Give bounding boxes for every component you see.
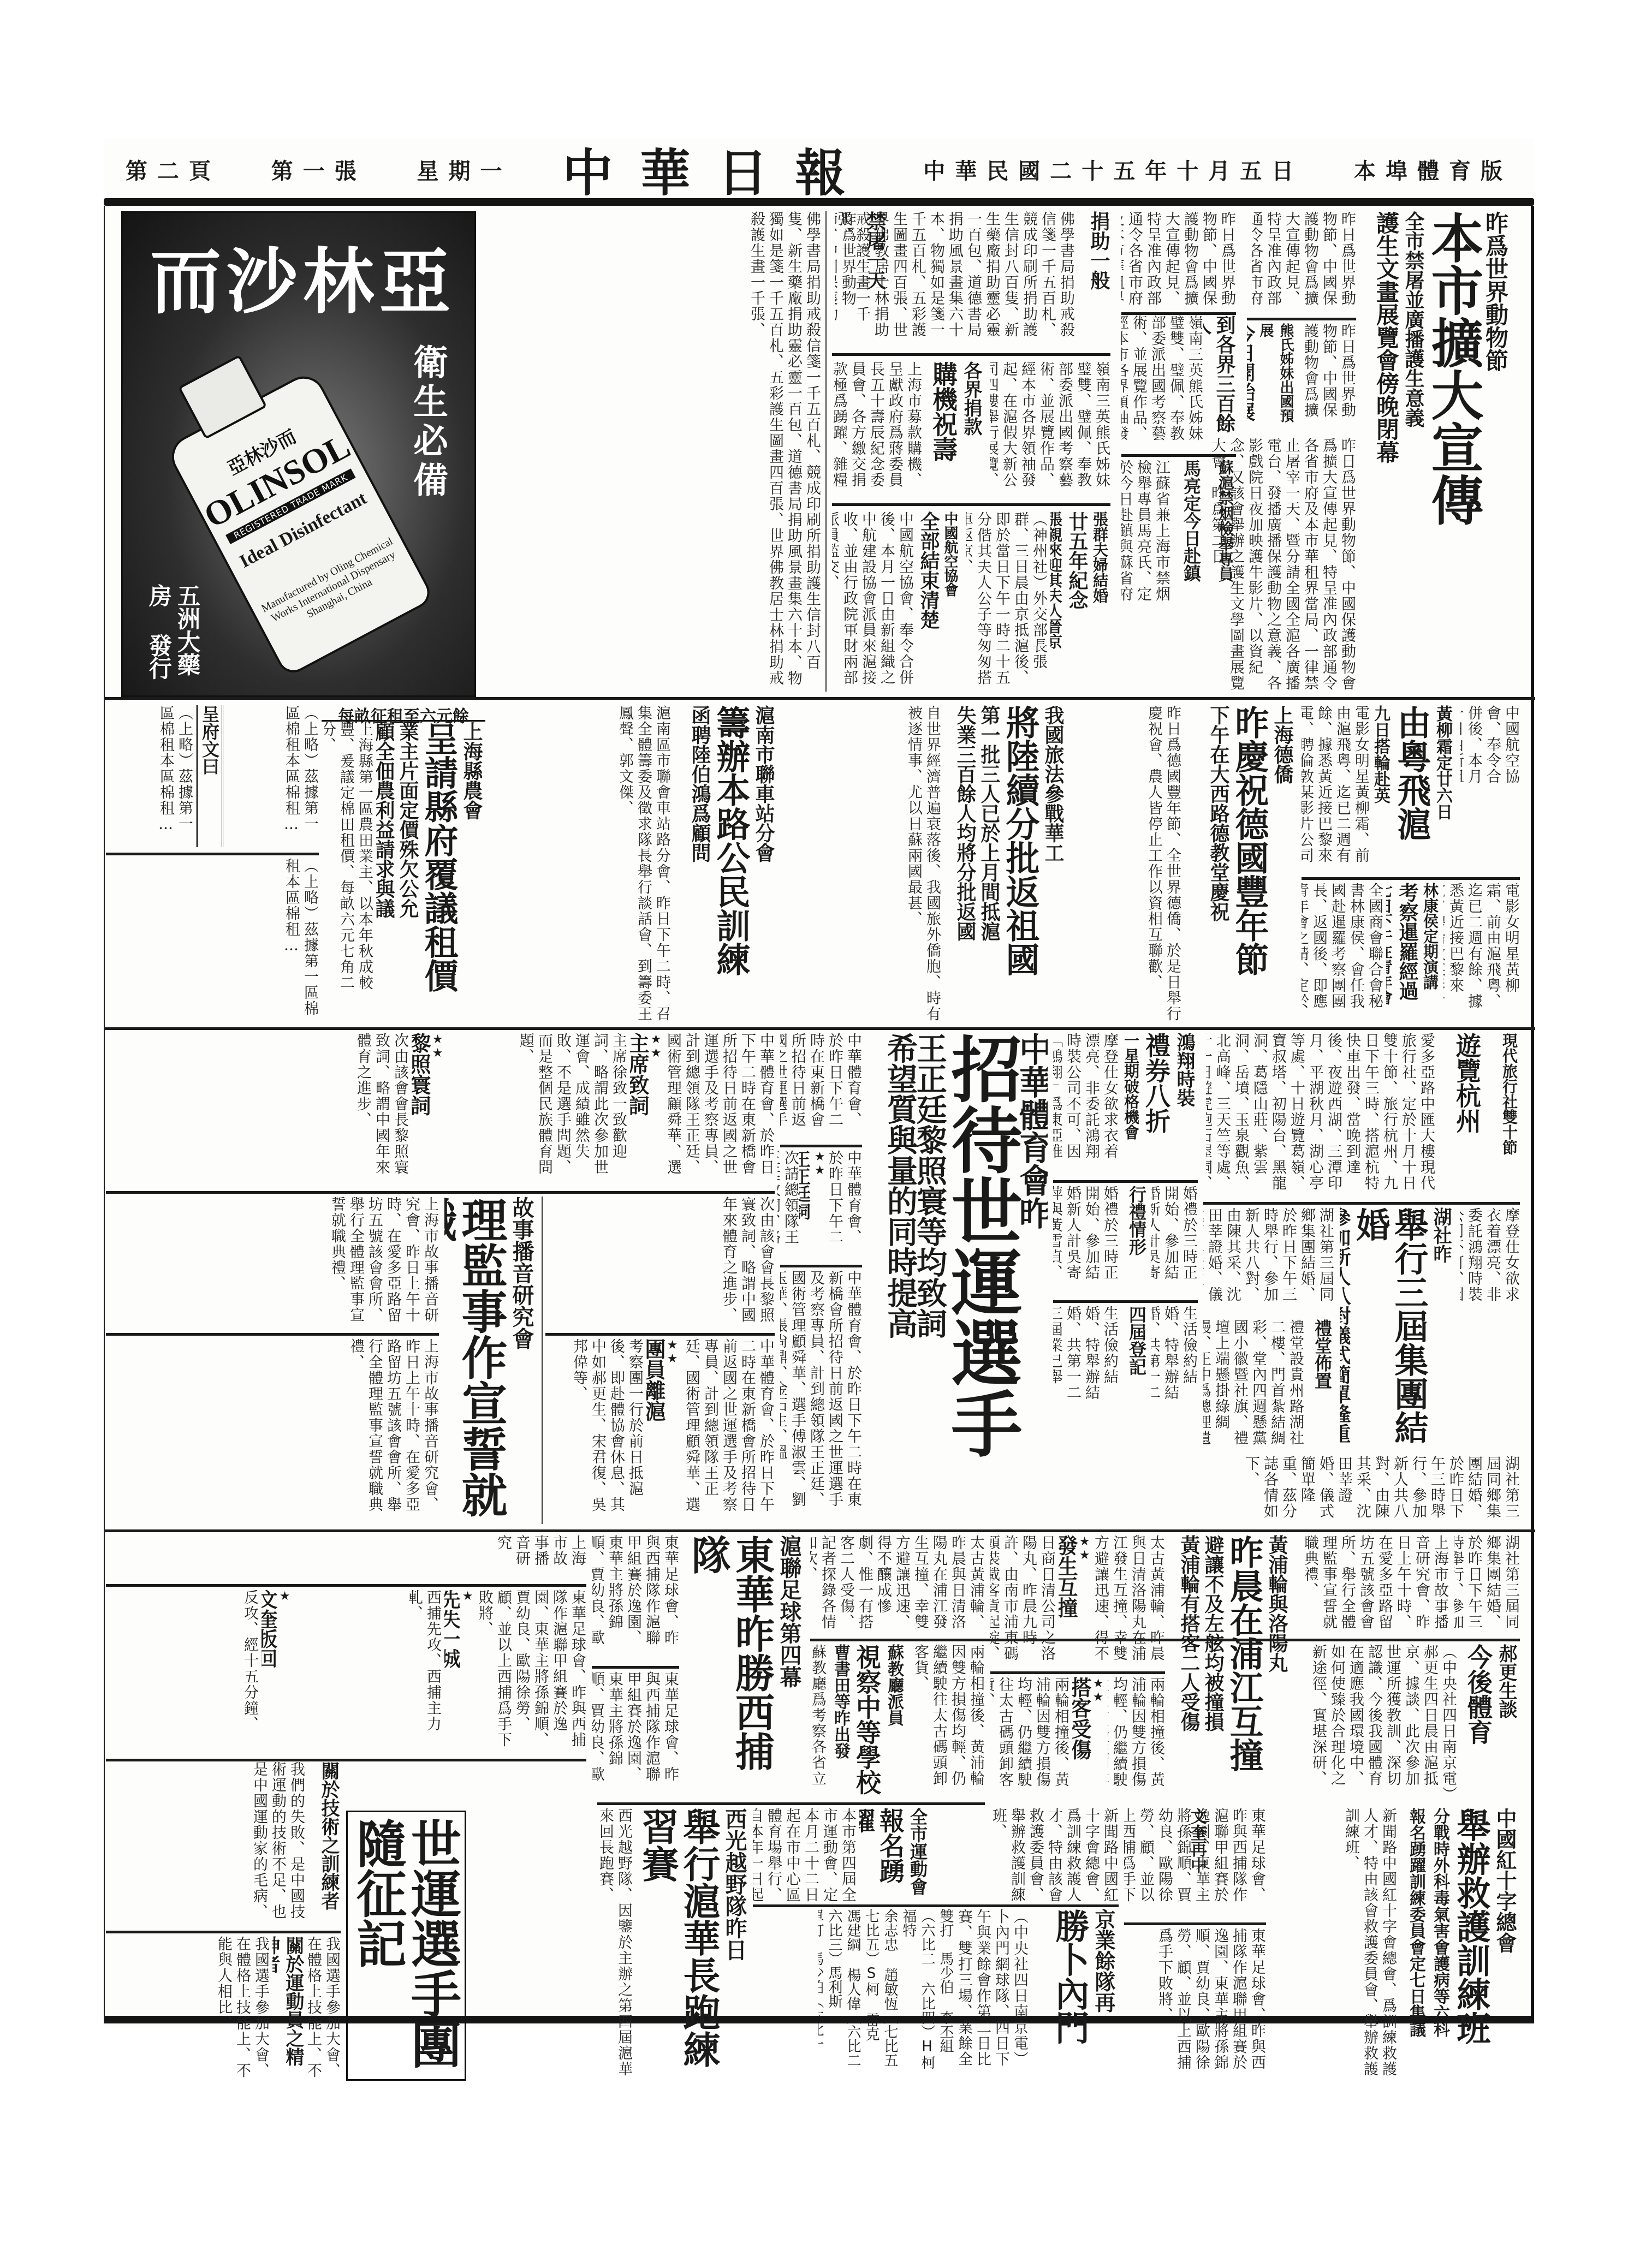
box-title: 呈府文曰 xyxy=(198,705,222,847)
collision-body: 太古黃浦輪、昨晨與日清洛陽丸在浦江發生互撞、幸雙方避讓迅速、得不釀成慘劇、惟一有… xyxy=(1094,1535,1165,1666)
farmers-petition-body-2: （上略）茲據第一區棉租本區棉租… xyxy=(106,705,193,847)
divider xyxy=(1121,454,1236,457)
weekday: 星期一 xyxy=(417,154,512,185)
headline: 籌辦本路公民訓練 xyxy=(711,705,750,1022)
reception-attendees-body: 中華體育會、於昨日下午二時在東新橋會所招待日前返國之世運選手及考察專員、計到總領… xyxy=(665,1033,775,1186)
divider xyxy=(106,1333,439,1336)
divider xyxy=(1203,1202,1520,1205)
collision-section-title: ★★ 發生互撞 xyxy=(1059,1535,1091,1666)
kicker: 中國紅十字總會 xyxy=(1490,1808,1520,2081)
city-games-headline: 全市運動會 報名踴躍 xyxy=(859,1808,930,1903)
wedding-rite-body-a: 婚禮於三時正開始、參加結婚新人計吳寄萍與黃雪貞、于克岐與徐勝璋、 xyxy=(1151,1186,1198,1295)
subheadline: 張親來迎其夫人晉京 xyxy=(1050,511,1065,692)
divider xyxy=(1053,1180,1198,1183)
football-body: 東華足球會、昨與西捕隊作滬聯甲組賽於逸園、東華主將孫錦順、賈幼良、歐陽徐勞、顧、… xyxy=(592,1535,679,1660)
kicker: 滬聯足球第四幕 xyxy=(774,1535,805,1797)
headline: 舉行三屆集團結婚 xyxy=(1351,1207,1428,1453)
xiguang-run-body: 西光越野隊、因鑒於主辦之第四屆滬華來回長跑賽、 xyxy=(469,1808,633,2081)
kicker: 郝更生談 xyxy=(1493,1644,1520,1797)
group-wedding-body: 湖社第三屆同鄉集團結婚、於昨日下午三時舉行、參加新人共八對、由陳其采、沈田莘證婚… xyxy=(1203,1207,1334,1317)
reception-speech-body: 中華體育會、於昨日下午二時在東新橋會所招待日前返國之世運選手及考察專員、計到總領… xyxy=(780,1270,862,1521)
tennis-body: （中央社四日南京電）卜內門網球隊、四日下午與業餘會作第二日比賽、雙打三場、業餘全… xyxy=(958,1909,1029,2081)
section-title: 四屆登記 xyxy=(1125,1306,1149,1415)
spirit-section-title: 關於運動員之精神者 xyxy=(272,1936,305,2081)
kicker: 各界捐款 xyxy=(958,361,985,498)
donations-headline: 捐助一般 xyxy=(1078,211,1110,348)
red-cross-course-body: 新聞路中國紅十字會總會、爲訓練救護人才、特由該會救護委員會、舉辦救護訓練班、 xyxy=(933,1808,1119,1903)
birthday-planes-headline: 各界捐款 購機祝壽 xyxy=(925,361,985,498)
hao-gengsheng-body: （中央社四日南京電）郝更生四日晨由滬抵京、據談、此次參加世運所獲教訓、深切認識、… xyxy=(1296,1644,1457,1797)
hongxiang-body: 摩登仕女欲求衣着漂亮、非委託鴻翔時裝公司不可、因「鴻翔」爲東亞唯一時裝專家、有美… xyxy=(1053,1033,1119,1175)
citizen-training-headline: 滬南市聯車站分會 籌辦本路公民訓練 函聘陸伯鴻爲顧問 xyxy=(674,705,777,1022)
headline: 舉辦救護訓練班 xyxy=(1452,1808,1490,2081)
petition-box-title: 呈府文曰 xyxy=(196,705,223,847)
section-title: 關於技術之訓練者 xyxy=(317,1761,341,1925)
kicker: 黃柳霜定廿六日 xyxy=(1430,705,1454,874)
animal-day-body: 昨日爲世界動物節、中國保護動物會爲擴大宣傳起見、特呈准內政部通令各省市府及本市華… xyxy=(1252,211,1356,315)
hongxiang-cont-body: 摩登仕女欲求衣着漂亮、非委託鴻翔時裝公司不可、因「鴻翔」爲東亞唯一時裝專家、有美… xyxy=(1460,1207,1520,1317)
folk-music-committee-body: 上海市故事播音研究會、昨日上午十時、在愛多亞路留坊五號該會會所、舉行全體理監事宣… xyxy=(1296,1535,1449,1633)
collision-detail-body: 太古黃浦輪、昨晨與日清洛陽丸在浦江發生互撞、幸雙方避讓迅速、得不釀成慘劇、惟一有… xyxy=(810,1535,985,1633)
section-title: 團員離滬 xyxy=(646,1338,665,1524)
red-cross-headline: 中國紅十字總會 舉辦救護訓練班 分戰時外科毒氣害㑹護病等六科 報名踴躍訓練委員會… xyxy=(1400,1808,1520,2081)
wedding-rite-title: 行禮情形 xyxy=(1121,1186,1149,1295)
red-cross-body: 新聞路中國紅十字會總會、爲訓練救護人才、特由該會救護委員會、舉辦救護訓練班、 xyxy=(1271,1808,1397,2081)
world-games-reception-body: 中華體育會、於昨日下午二時在東新橋會所招待日前返國之世運選手及考察專員、計到總領… xyxy=(780,1033,862,1142)
headline: 全部結束清楚 xyxy=(917,511,940,692)
divider xyxy=(753,1904,1119,1907)
divider xyxy=(106,853,319,855)
german-harvest-body: 昨日爲德國豐年節、全世界德僑、於是日舉行慶祝會、農人皆停止工作以資相互聯歡、 xyxy=(1072,705,1181,1022)
subheadline: 一星期破格機會 xyxy=(1121,1033,1142,1175)
kicker: 滬南市聯車站分會 xyxy=(750,705,777,1022)
aviation-assoc-headline: 中國航空協會 全部結束清楚 xyxy=(917,511,960,692)
french-workers-body: 自世界經濟普遍衰落後、我國旅外僑胞、時有被逐情事、尤以日蘇兩國最甚、 xyxy=(783,705,941,1022)
injury-section-title: ★★ 搭客受傷 xyxy=(1072,1677,1105,1797)
wedding-register-body-a: 生活儉約結婚、特舉辦結婚、共第一二三屆業已舉行、第四屆仍繼續舉行、日期擇定本月廿… xyxy=(1151,1306,1198,1415)
subheadline: 分戰時外科毒氣害㑹護病等六科 xyxy=(1428,1808,1452,2081)
subheadline: 下午在大西路德教堂慶祝 xyxy=(1206,705,1230,1022)
tennis-headline: 京業餘隊再 勝卜內門 xyxy=(1031,1909,1119,2081)
kicker: 西光越野隊昨日 xyxy=(719,1808,750,2081)
kicker: 現代旅行社雙十節 xyxy=(1498,1033,1520,1196)
wedding-section-body: 禮堂設貴州路湖社二樓、門首紮結綢彩、堂內四週懸黨國小徽暨社旗、禮壇上端懸掛綠綢幔… xyxy=(1203,1319,1304,1450)
huang-liushuang-headline: 黃柳霜定廿六日 由粵飛滬 九日搭輪赴英 將由美往倫敦 xyxy=(1372,705,1454,874)
bottle-cap-icon xyxy=(178,355,268,439)
ad-brand-name: 亞林沙而 xyxy=(150,235,456,317)
kicker: 我國旅法參戰華工 xyxy=(1039,705,1067,1022)
birthday-planes-body: 上海市募款購機、呈獻政府爲蔣委員長五十壽辰紀念委員會、各方繳交捐款極爲踴躍、雜糧… xyxy=(832,361,922,498)
section-title: 文奎扳回 xyxy=(262,1590,278,1753)
kicker: 中國航空協會 xyxy=(940,511,960,692)
divider xyxy=(106,1191,775,1194)
aviation-closing-body: 中國航空協會、奉令合併後、本月一日由新組織之中航建設協會派員來滬接收、並由行政院… xyxy=(1460,705,1520,793)
subheadline: 函聘陸伯鴻爲顧問 xyxy=(687,705,711,1022)
kicker: 張群夫婦結婚 xyxy=(1089,511,1110,692)
newspaper-title: 中華日報 xyxy=(562,133,872,205)
kicker: 中華體育會昨 xyxy=(1018,1033,1048,1524)
subheadline: 九日搭輪赴英 xyxy=(1372,705,1392,874)
column-rule xyxy=(542,1196,543,1524)
football-tail-body: 東華足球會、昨與西捕隊作滬聯甲組賽於逸園、東華主將孫錦順、賈幼良、歐陽徐勞、顧、… xyxy=(1124,1928,1266,2081)
wedding-rite-body-b: 婚禮於三時正開始、參加結婚新人計吳寄萍與黃雪貞、于克岐與徐勝璋、 xyxy=(1053,1186,1119,1295)
headline: 報名踴躍 xyxy=(859,1808,905,1903)
kicker: 蘇滬禁烟檢舉專員 xyxy=(1214,460,1236,612)
headline: 理監事作宣誓就職 xyxy=(444,1196,506,1524)
kicker: 林康侯定期演講 xyxy=(1419,883,1441,1019)
third-goal-title: 文奎再中 xyxy=(1181,1808,1209,1917)
li-zhaohuan-speech-body: 次由該會會長黎照寰致詞、略謂中國年來體育之進步、 xyxy=(106,1033,409,1186)
divider xyxy=(1302,877,1520,880)
folk-music-oath-body: 上海市故事播音研究會、昨日上午十時、在愛多亞路留坊五號該會會所、舉行全體理監事宣… xyxy=(106,1338,439,1524)
divider xyxy=(545,1333,775,1336)
group-wedding-headline: 湖社昨 舉行三屆集團結婚 參加新人八對儀式簡單隆重 四屆開始登記定期廿七舉行 xyxy=(1340,1207,1454,1453)
headline: 廿五年紀念 xyxy=(1065,511,1089,692)
subheadline: 失業三百餘人均將分批返國 xyxy=(953,705,977,1022)
citizen-training-body: 滬南區市聯會車站路分會、昨日下午二時、召集全體籌委及徵求隊長舉行談話會、到籌委王… xyxy=(491,705,671,1022)
tennis-result-row: 單打 馬少伯（六比一 六比一）福特 xyxy=(818,1909,825,2081)
divider xyxy=(990,1671,1165,1674)
slaughter-ban-body: 昨爲世界動物節、中國保護動物會爲各種動物、 xyxy=(835,211,857,337)
farmers-petition-body-3: （上略）茲據第一區棉租本區棉租… xyxy=(106,858,319,1022)
opium-body: 江蘇省兼上海市禁烟檢舉專員馬亮氏、定於今日赴鎮與蘇省府主席陳果夫氏、商酌會報事宜… xyxy=(1121,460,1170,612)
headline: 馬亮定今日赴鎮 xyxy=(1179,460,1203,612)
folk-closing-body: 上海市故事播音研究會、昨日上午十時、在愛多亞路留坊五號該會會所、舉行全體理監事宣… xyxy=(494,1535,586,1579)
hangzhou-tour-title: 遊覽杭州 xyxy=(1438,1033,1482,1196)
headline: 由粵飛滬 xyxy=(1392,705,1430,874)
donations-detail-body: 佛學書局捐助戒殺信箋一千五百札、競成印刷所捐助護生信封八百隻、新生藥廠捐助靈必靈… xyxy=(483,211,821,692)
kicker: 熊氏姊妹出國預展 xyxy=(1256,323,1296,432)
headline: 遊覽杭州 xyxy=(1452,1033,1482,1196)
collision-passenger-body: 兩輪相撞後、黃浦輪因雙方損傷均輕、仍繼續駛往太古碼頭卸客貨、 xyxy=(908,1644,985,1797)
world-games-reception-headline: 中華體育會昨 招待世運選手 王正廷黎照寰等均致詞 希望質與量的同時提高 xyxy=(867,1033,1048,1524)
divider xyxy=(1247,318,1356,320)
lin-kanghou-headline: 林康侯定期演講 考察暹羅經過 七日下午在青年會 xyxy=(1386,883,1441,1019)
games-correspondence-headline-box: 世運選手團隨征記 中央社特派員馮有眞 （第十四信） （十） xyxy=(346,1811,466,2081)
collision-section-body: 日商日清公司之洛陽丸、昨晨九時許、由南市浦東碼頭裝載客貨起椗、 xyxy=(990,1535,1056,1666)
page-number: 第二頁 xyxy=(126,154,221,185)
divider xyxy=(106,1931,341,1933)
section-title: 黎照寰詞 xyxy=(412,1033,431,1186)
football-first-half-body: 東華足球會、昨與西捕隊作滬聯甲組賽於逸園、東華主將孫錦順、賈幼良、歐陽徐勞、顧、… xyxy=(477,1590,586,1753)
members-leave-body: 考察團一行於前日抵滬後、即赴體協會休息、其中如郝更生、宋君復、吳邦偉等、 xyxy=(545,1338,644,1524)
hangzhou-tour-headline: 現代旅行社雙十節 xyxy=(1482,1033,1520,1196)
equaliser-body: 反攻、經十五分鐘、 xyxy=(106,1590,259,1753)
kicker: 蘇教廳派員 xyxy=(882,1644,906,1797)
wedding-register-body-b: 生活儉約結婚、特舉辦結婚、共第一二三屆業已舉行、第四屆仍繼續舉行、日期擇定本月廿… xyxy=(1053,1306,1119,1415)
subheadline: 參加新人八對儀式簡單隆重 xyxy=(1340,1207,1351,1453)
divider xyxy=(106,1584,586,1587)
divider xyxy=(597,1802,985,1805)
subheadline: 報名踴躍訓練委員會定七日集議 xyxy=(1404,1808,1428,2081)
wedding-tail-body: 湖社第三屆同鄉集團結婚、於昨日下午三時舉行、參加新人共八對、由陳其采、沈田莘證婚… xyxy=(1454,1535,1520,1633)
li-zhaohuan-speech-title: ★★ 黎照寰詞 xyxy=(412,1033,444,1186)
xiong-sisters-subhead: 到各界三百餘人 xyxy=(1203,315,1236,451)
members-leave-title: ★★ 團員離滬 xyxy=(646,1338,679,1524)
tennis-result-row: 雙打 馬少伯 李丕組（六比二 六比四）H柯 福特 xyxy=(899,1909,955,2081)
subheadline: 希望質與量的同時提高 xyxy=(885,1033,914,1524)
tennis-result-row: 余志忠 趙敏恆（七比五 七比五）S柯 雷克 xyxy=(862,1909,899,2081)
li-speech-cont-body: 次由該會會長黎照寰致詞、略謂中國年來體育之進步、 xyxy=(545,1196,775,1328)
kicker: 鴻翔時裝 xyxy=(1171,1033,1198,1175)
headline: 禁屠一天 xyxy=(863,211,887,337)
reception-closing-body: 中華體育會、於昨日下午二時在東新橋會所招待日前返國之世運選手及考察專員、計到總領… xyxy=(682,1338,775,1524)
section-title: 關於運動員之精神者 xyxy=(272,1936,305,2081)
headline: 招待世運選手 xyxy=(944,1033,1018,1524)
subheadline: 業主片面定價殊欠公允 xyxy=(395,722,419,1022)
section-title: 王正廷詞 xyxy=(799,1150,813,1259)
reception-body-cont: 中華體育會、於昨日下午二時在東新橋會所招待日前返國之世運選手及考察專員、計到總領… xyxy=(829,1150,862,1259)
section-title: 主席致詞 xyxy=(630,1033,649,1186)
animal-day-headline-block: 昨爲世界動物節 本市擴大宣傳 全市禁屠並廣播護生意義 護生文畫展覽會傍晚閉幕 xyxy=(1362,211,1509,692)
huang-liushuang-body: 電影女明星黃柳霜、前由滬飛粵、迄已二週有餘、據悉黃近接巴黎來電、聘倫敦某影片公司… xyxy=(1302,705,1370,874)
headline: 勝卜內門 xyxy=(1050,1909,1089,2081)
first-goal-body: 西捕先攻、西捕主力軋、 xyxy=(294,1590,442,1753)
column-rule xyxy=(825,211,827,692)
headline: 舉行滬華長跑練習賽 xyxy=(636,1808,719,2081)
kicker: 黃浦輪與洛陽丸 xyxy=(1263,1535,1291,1791)
rent-levy-body: 上海縣第一區農田業主、以本年秋成較豐、爰議定棉田租價、每畝六元七角二分、 xyxy=(324,722,373,1022)
slaughter-ban-headline: 禁屠一天 xyxy=(859,211,887,337)
sheet-number: 第一張 xyxy=(271,154,366,185)
kicker: 故事播音研究會 xyxy=(506,1196,537,1524)
injury-section-body-b: 兩輪相撞後、黃浦輪因雙方損傷均輕、仍繼續駛往太古碼頭卸客貨、 xyxy=(990,1677,1069,1797)
subheadline: 全市禁屠並廣播護生意義 xyxy=(1401,211,1425,692)
folk-music-headline: 故事播音研究會 理監事作宣誓就職 xyxy=(444,1196,537,1524)
kicker: 京業餘隊再 xyxy=(1089,1909,1119,2081)
ad-seller: 五洲大藥房 發行 xyxy=(145,584,201,695)
jiangsu-education-headline: 蘇教廳派員 視察中等學校 曹書田等昨出發 xyxy=(829,1644,906,1797)
animal-day-body-cont: 昨日爲世界動物節、中國保護動物會爲擴大宣傳起見、特呈准內政部通令各省市府及本市華… xyxy=(1302,323,1356,432)
football-headline: 滬聯足球第四幕 東華昨勝西捕隊 結果三比一（上半時二比一和局） 陳鎮和有加入說東… xyxy=(685,1535,805,1797)
zhang-qun-headline: 張群夫婦結婚 廿五年紀念 張親來迎其夫人晉京 xyxy=(1050,511,1110,692)
headline: 今後體育 xyxy=(1464,1644,1493,1797)
injury-section-body-a: 兩輪相撞後、黃浦輪因雙方損傷均輕、仍繼續駛往太古碼頭卸客貨、 xyxy=(1108,1677,1165,1797)
kicker: 全市運動會 xyxy=(905,1808,930,1903)
divider xyxy=(1053,1300,1198,1303)
huang-liushuang-body-2: 電影女明星黃柳霜、前由滬飛粵、迄已二週有餘、據悉黃近接巴黎來電、聘倫敦某影片公司… xyxy=(1443,883,1520,1019)
headline: 昨晨在浦江互撞 xyxy=(1225,1535,1263,1791)
page-frame: 亞林沙而 衛生必備 五洲大藥房 發行 亞林沙而 OLINSOL REGISTER… xyxy=(104,206,1534,2023)
headline: 購機祝壽 xyxy=(929,361,958,498)
tennis-result-row: 馮建綱 楊人偉（六比二 六比三）馬利斯 xyxy=(825,1909,862,2081)
subheadline: 曹書田等昨出發 xyxy=(829,1644,852,1797)
xiong-sisters-body: 嶺南三英熊氏姊妹璧雙、璧佩、奉教部委派出國考察藝術、並展覽作品、經本市各界領袖發… xyxy=(1121,315,1203,451)
headline: 東華昨勝西捕隊 xyxy=(686,1535,774,1797)
technique-section-body: 我們的失敗、是中國技術運動的技術不足、也是中國運動家的毛病、 xyxy=(106,1761,305,1925)
headline: 視察中等學校 xyxy=(852,1644,882,1797)
section-title: 發生互撞 xyxy=(1059,1535,1078,1666)
olinsol-advertisement: 亞林沙而 衛生必備 五洲大藥房 發行 亞林沙而 OLINSOL REGISTER… xyxy=(121,211,476,697)
headline: 將陸續分批返祖國 xyxy=(1001,705,1039,1022)
collision-headline: 黃浦輪與洛陽丸 昨晨在浦江互撞 避讓不及左舷均被撞損 黃浦輪有搭客二人受傷 xyxy=(1170,1535,1291,1791)
wedding-section-title: 禮堂佈置 xyxy=(1307,1319,1334,1450)
wang-zhengting-speech-title: ★★ 王正廷詞 xyxy=(799,1150,827,1259)
divider xyxy=(1124,1922,1266,1925)
rent-levy-headline: 每畝征租至六元餘 xyxy=(322,703,485,722)
xiong-sisters-exhibit-body: 嶺南三英熊氏姊妹璧雙、璧佩、奉教部委派出國考察藝術、並展覽作品、經本市各界領袖發… xyxy=(990,361,1110,498)
headline: 考察暹羅經過 xyxy=(1395,883,1419,1019)
headline: 本市擴大宣傳 xyxy=(1425,211,1482,692)
kicker: 湖社昨 xyxy=(1428,1207,1454,1453)
aviation-assoc-body: 中國航空協會、奉令合併後、本月一日由新組織之中航建設協會派員來滬接收、並由行政院… xyxy=(832,511,914,692)
folk-music-body: 上海市故事播音研究會、昨日上午十時、在愛多亞路留坊五號該會會所、舉行全體理監事宣… xyxy=(106,1196,439,1328)
county-farmers-headline: 上海縣農會 呈請縣府覆議租價 業主片面定價殊欠公允 顧全佃農利益請求與議 xyxy=(376,722,485,1022)
chairman-speech-body: 主席徐致一致歡迎詞、略謂此次參加世運會、成績雖然失敗、不是選手問題、而是整個民族… xyxy=(447,1033,627,1186)
issue-date: 中華民國二十五年十月五日 xyxy=(923,154,1303,185)
subheadline: 到各界三百餘人 xyxy=(1203,315,1236,451)
section-title: 搭客受傷 xyxy=(1072,1677,1091,1797)
headline: 呈請縣府覆議租價 xyxy=(419,722,457,1022)
french-workers-headline: 我國旅法參戰華工 將陸續分批返祖國 第一批三人已於上月間抵滬 失業三百餘人均將分… xyxy=(947,705,1067,1022)
headline: 世運選手團隨征記 xyxy=(350,1818,459,2074)
divider xyxy=(780,1265,862,1267)
equaliser-title: ★ 文奎扳回 xyxy=(262,1590,292,1753)
city-games-body: 本市第四屆全市運動會、定本月二十二日起在市中心區體育場舉行、自本年一日起開始報名… xyxy=(753,1808,857,1903)
lin-kanghou-body: 全國商會聯合會秘書林康侯、會任我國赴暹羅考察團團長、返國後、即應青年會之請、定於… xyxy=(1302,883,1383,1019)
subheadline: 避讓不及左舷均被撞損 xyxy=(1201,1535,1225,1791)
subheadline: 護生文畫展覽會傍晚閉幕 xyxy=(1371,211,1401,692)
wedding-procession-body: 湖社第三屆同鄉集團結婚、於昨日下午三時舉行、參加新人共八對、由陳其采、沈田莘證婚… xyxy=(1203,1456,1520,1532)
subheadline: 七日下午在青年會 xyxy=(1386,883,1395,1019)
divider xyxy=(810,1639,985,1641)
masthead-rule xyxy=(104,198,1534,206)
headline: 今日開始展覽 xyxy=(1247,323,1256,432)
spirit-pre-body: 我國選手參加大會、在體格上技能上、不能與人相比、 xyxy=(308,1936,341,2081)
byline: 中央社特派員馮有眞 xyxy=(346,1818,350,2074)
section-title: 行禮情形 xyxy=(1125,1186,1149,1295)
ad-slogan: 衛生必備 xyxy=(402,344,453,501)
xiguang-run-headline: 西光越野隊昨日 舉行滬華長跑練習賽 xyxy=(635,1808,750,2081)
opium-headline-main: 馬亮定今日赴鎮 xyxy=(1176,460,1203,612)
section-title: 禮堂佈置 xyxy=(1310,1319,1334,1450)
wedding-register-title: 四屆登記 xyxy=(1121,1306,1149,1415)
xiong-sisters-headline: 熊氏姊妹出國預展 今日開始展覽 昨午招待新聞界 xyxy=(1247,323,1296,432)
wang-zhengting-speech-body: 次請總領隊王正廷致詞、略謂貴會歡迎、 xyxy=(777,1150,799,1259)
masthead: 第二頁 第一張 星期一 中華日報 中華民國二十五年十月五日 本埠體育版 xyxy=(104,139,1534,199)
row-divider xyxy=(105,1027,1535,1030)
divider xyxy=(832,503,1110,506)
divider xyxy=(592,1666,679,1669)
first-goal-title: ★ 先失一城 xyxy=(444,1590,474,1753)
spirit-section-body: 我國選手參加大會、在體格上技能上、不能與人相比、 xyxy=(106,1936,270,2081)
subheadline: 結果三比一（上半時二比一和局） xyxy=(685,1535,686,1797)
farmers-petition-body: （上略）茲據第一區棉租本區棉租… xyxy=(226,705,319,847)
chairman-speech-title: ★★ 主席致詞 xyxy=(630,1033,663,1186)
animal-day-body-2: 昨日爲世界動物節、中國保護動物會爲擴大宣傳起見、特呈准內政部通令各省市府及本市華… xyxy=(1121,211,1236,309)
hao-gengsheng-headline: 郝更生談 今後體育 xyxy=(1460,1644,1520,1797)
headline: 禮券八折 xyxy=(1142,1033,1171,1175)
kicker: 上海縣農會 xyxy=(457,722,485,1022)
headline: 捐助一般 xyxy=(1086,211,1110,348)
divider xyxy=(780,1145,862,1147)
subheadline: 顧全佃農利益請求與議 xyxy=(376,722,395,1022)
jiangsu-education-body: 蘇教廳爲考察各省立中學校本屆學課之情形起見、指派督學曹書田、沈彼等、分赴各省中視… xyxy=(810,1644,827,1797)
newspaper-page: 第二頁 第一張 星期一 中華日報 中華民國二十五年十月五日 本埠體育版 亞林沙而… xyxy=(104,139,1534,2028)
row-divider xyxy=(105,1529,1535,1532)
row-divider xyxy=(105,697,1535,700)
headline: 昨慶祝德國豐年節 xyxy=(1230,705,1268,1022)
technique-section-title: 關於技術之訓練者 xyxy=(308,1761,341,1925)
kicker: 昨爲世界動物節 xyxy=(1482,211,1509,692)
opium-headline: 蘇滬禁烟檢舉專員 xyxy=(1203,460,1236,612)
section-title: 文奎再中 xyxy=(1185,1808,1209,1917)
edition-name: 本埠體育版 xyxy=(1354,154,1512,185)
divider xyxy=(832,353,1110,356)
subheadline: 第一批三人已於上月間抵滬 xyxy=(977,705,1001,1022)
german-harvest-headline: 上海德僑 昨慶祝德國豐年節 下午在大西路德教堂慶祝 xyxy=(1187,705,1296,1022)
zhang-qun-body: （神州社）外交部長張群、三日晨由京抵滬後、即於當日下午一時二十五分偕其夫人公子等… xyxy=(966,511,1048,692)
kicker: 上海德僑 xyxy=(1268,705,1296,1022)
subheadline: 黃浦輪有搭客二人受傷 xyxy=(1176,1535,1201,1791)
section-title: 先失一城 xyxy=(444,1590,461,1753)
football-body-2: 東華足球會、昨與西捕隊作滬聯甲組賽於逸園、東華主將孫錦順、賈幼良、歐陽徐勞、顧、… xyxy=(592,1671,679,1797)
hongxiang-headline: 鴻翔時裝 禮券八折 一星期破格機會 xyxy=(1121,1033,1198,1175)
tennis-results-table: 雙打 馬少伯 李丕組（六比二 六比四）H柯 福特 余志忠 趙敏恆（七比五 七比五… xyxy=(818,1909,955,2081)
disinfectant-bottle-illustration: 亞林沙而 OLINSOL REGISTERED TRADE MARK Ideal… xyxy=(164,369,435,678)
hangzhou-tour-body: 愛多亞路中匯大樓現代旅行社、定於十月十日雙十節、旅行杭州、九日下午三時、搭滬杭特… xyxy=(1206,1033,1435,1196)
